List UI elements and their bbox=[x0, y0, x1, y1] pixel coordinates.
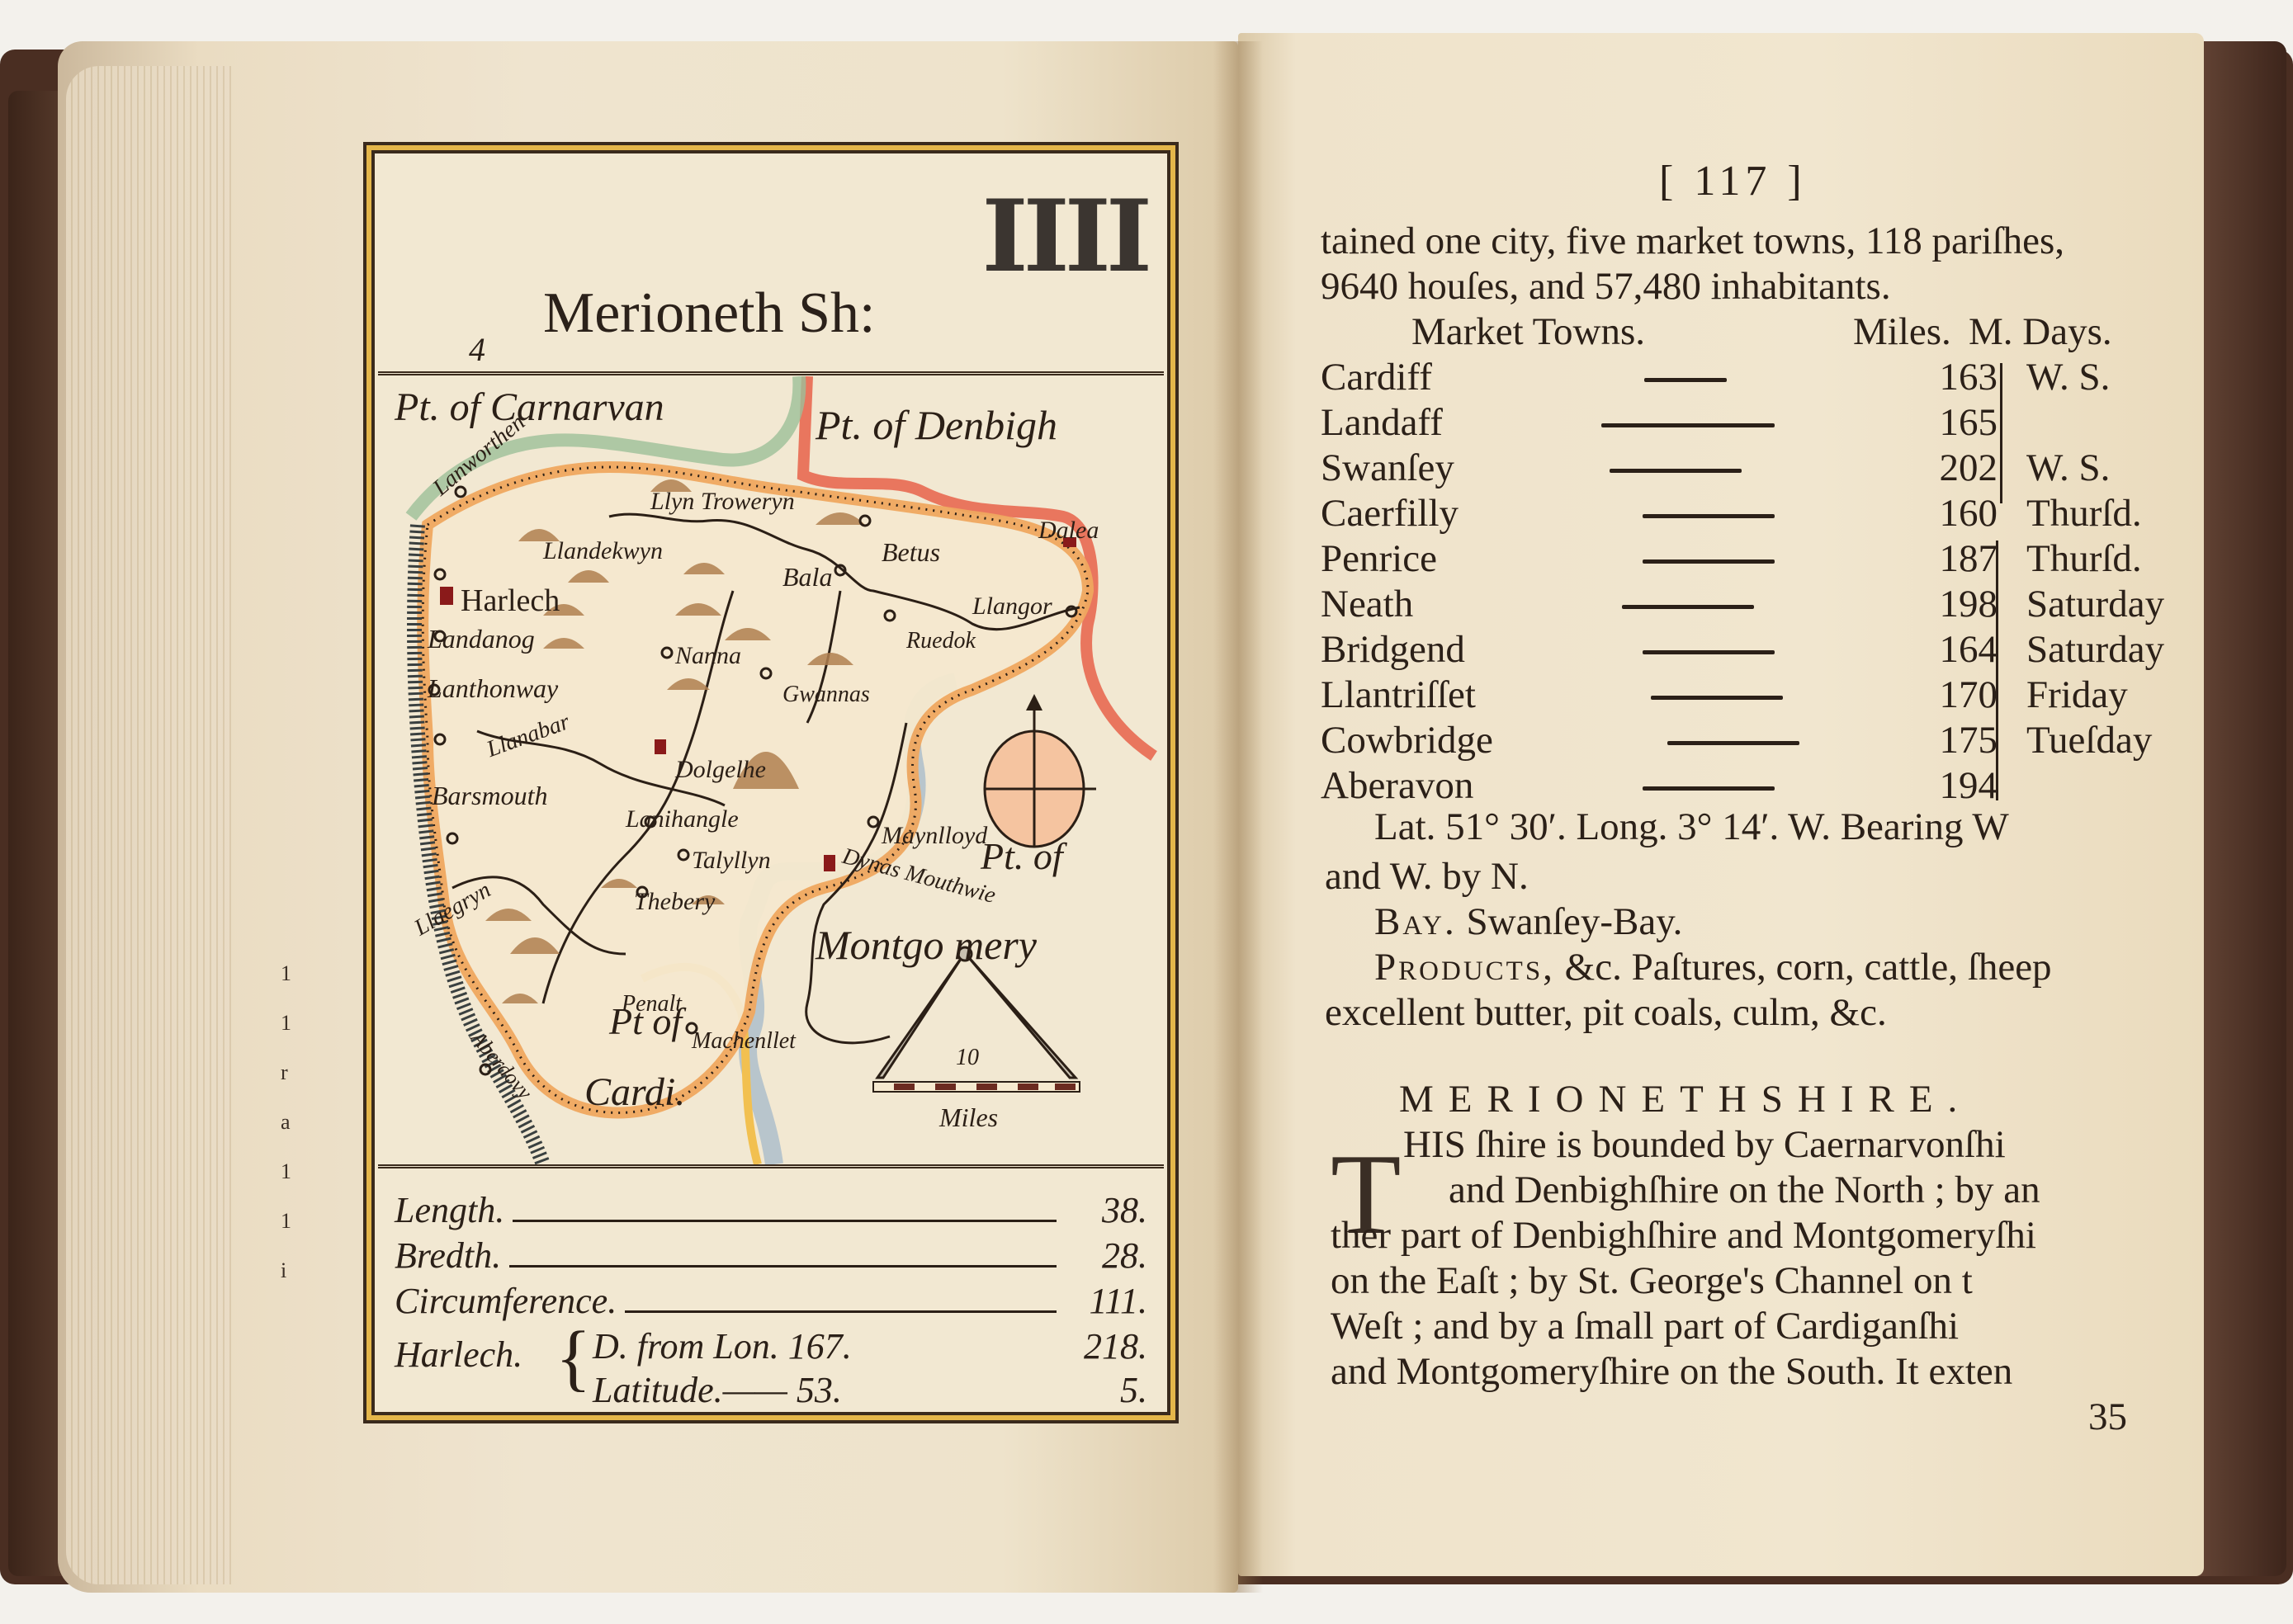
plate-number: IIII bbox=[981, 178, 1147, 295]
place-label: Dalea bbox=[1038, 517, 1099, 545]
stat-latitude: Latitude.—— 53. 5. bbox=[593, 1369, 1147, 1411]
market-town-row: Penrice 187 Thurſd. bbox=[1321, 536, 2171, 581]
plate-title-box: IIII Merioneth Sh: 4 bbox=[378, 157, 1164, 375]
signature-number: 35 bbox=[2088, 1395, 2127, 1439]
left-margin-marks: 1 1 r a 1 1 i bbox=[281, 949, 291, 1296]
section-title: MERIONETHSHIRE. bbox=[1399, 1077, 1972, 1121]
harlech-label: Harlech. { bbox=[395, 1334, 560, 1376]
stat-circumference: Circumference. 111. bbox=[395, 1280, 1147, 1322]
place-label: Thebery bbox=[634, 888, 715, 916]
margin-mark: 1 bbox=[281, 998, 291, 1048]
lat-long-line: and W. by N. bbox=[1325, 854, 1529, 899]
market-town-row: Neath 198 Saturday bbox=[1321, 582, 2171, 626]
place-label: Llangor bbox=[972, 592, 1052, 621]
region-label: Montgo mery bbox=[816, 921, 1037, 969]
book-gutter bbox=[1213, 41, 1263, 1593]
place-label: Lanihangle bbox=[626, 805, 739, 833]
section-line: HIS ſhire is bounded by Caernarvonſhi bbox=[1403, 1122, 2006, 1167]
section-line: and Denbighſhire on the North ; by an bbox=[1449, 1168, 2040, 1212]
plate-title: Merioneth Sh: bbox=[543, 281, 875, 347]
compass-rose-icon bbox=[985, 694, 1096, 847]
section-line: ther part of Denbighſhire and Montgomery… bbox=[1331, 1213, 2036, 1258]
margin-mark: a bbox=[281, 1098, 291, 1147]
place-label: Talyllyn bbox=[692, 847, 771, 875]
place-label: Lanthonway bbox=[428, 673, 558, 704]
stat-bredth: Bredth. 28. bbox=[395, 1235, 1147, 1277]
table-header-days: M. Days. bbox=[1969, 309, 2112, 354]
place-label: Harlech bbox=[461, 583, 560, 619]
place-label: Bala bbox=[782, 562, 832, 592]
table-header-towns: Market Towns. bbox=[1411, 309, 1645, 354]
market-town-row: Llantriſſet 170 Friday bbox=[1321, 673, 2171, 717]
county-stats: Length. 38. Bredth. 28. Circumference. 1… bbox=[378, 1173, 1164, 1409]
region-label: Cardi. bbox=[584, 1069, 685, 1115]
place-label: Maynlloyd bbox=[882, 822, 987, 850]
place-label: Dolgelhe bbox=[675, 756, 766, 784]
place-label: Llandekwyn bbox=[543, 537, 663, 565]
place-label: Betus bbox=[882, 537, 940, 568]
map-plate: IIII Merioneth Sh: 4 bbox=[363, 142, 1179, 1423]
market-town-row: Cowbridge 175 Tueſday bbox=[1321, 718, 2171, 762]
market-town-row: Landaff 165 bbox=[1321, 400, 2171, 445]
lat-long-line: Lat. 51° 30′. Long. 3° 14′. W. Bearing W bbox=[1374, 805, 2009, 849]
county-map: Pt. of Carnarvan Pt. of Denbigh Pt. of M… bbox=[378, 376, 1164, 1168]
section-line: on the Eaſt ; by St. George's Channel on… bbox=[1331, 1258, 1973, 1303]
market-town-row: Caerfilly 160 Thurſd. bbox=[1321, 491, 2171, 536]
region-label: Pt. of Carnarvan bbox=[395, 385, 664, 430]
place-label: Penalt bbox=[622, 991, 682, 1017]
products-line-2: excellent butter, pit coals, culm, &c. bbox=[1325, 990, 1887, 1035]
section-line: Weſt ; and by a ſmall part of Cardiganſh… bbox=[1331, 1304, 1959, 1348]
margin-mark: r bbox=[281, 1048, 291, 1098]
stat-distance-from-london: D. from Lon. 167. 218. bbox=[593, 1325, 1147, 1367]
margin-mark: i bbox=[281, 1246, 291, 1296]
margin-mark: 1 bbox=[281, 1197, 291, 1246]
market-town-row: Aberavon 194 bbox=[1321, 763, 2171, 808]
scale-bar bbox=[873, 1082, 1080, 1092]
place-label: Llyn Troweryn bbox=[650, 488, 795, 516]
place-label: Gwannas bbox=[782, 682, 870, 708]
stat-length: Length. 38. bbox=[395, 1189, 1147, 1231]
days-bracket bbox=[1996, 541, 1998, 800]
scale-label: Miles bbox=[939, 1102, 998, 1133]
margin-mark: 1 bbox=[281, 1147, 291, 1197]
place-label: Barsmouth bbox=[432, 781, 547, 811]
products-line: Products, &c. Paſtures, corn, cattle, ſh… bbox=[1374, 945, 2052, 989]
signature-mark: 4 bbox=[469, 330, 485, 369]
place-label: Nanna bbox=[675, 642, 741, 670]
region-label: Pt. of bbox=[981, 834, 1063, 878]
place-label: Machenllet bbox=[692, 1028, 796, 1055]
market-town-row: Swanſey 202 W. S. bbox=[1321, 446, 2171, 490]
intro-line: tained one city, five market towns, 118 … bbox=[1321, 219, 2064, 263]
bay-line: Bay. Swanſey-Bay. bbox=[1374, 899, 1682, 944]
scale-number: 10 bbox=[956, 1045, 979, 1071]
page-block-edges bbox=[66, 66, 231, 1584]
place-label: Ruedok bbox=[906, 628, 976, 654]
region-label: Pt. of Denbigh bbox=[816, 401, 1057, 449]
table-header-miles: Miles. bbox=[1853, 309, 1951, 354]
market-town-row: Bridgend 164 Saturday bbox=[1321, 627, 2171, 672]
section-line: and Montgomeryſhire on the South. It ext… bbox=[1331, 1349, 2012, 1394]
days-bracket bbox=[2000, 363, 2002, 503]
intro-line: 9640 houſes, and 57,480 inhabitants. bbox=[1321, 264, 1891, 309]
margin-mark: 1 bbox=[281, 949, 291, 998]
place-label: Landanog bbox=[428, 624, 535, 654]
market-town-row: Cardiff 163 W. S. bbox=[1321, 355, 2171, 399]
page-number: [ 117 ] bbox=[1659, 157, 1807, 205]
